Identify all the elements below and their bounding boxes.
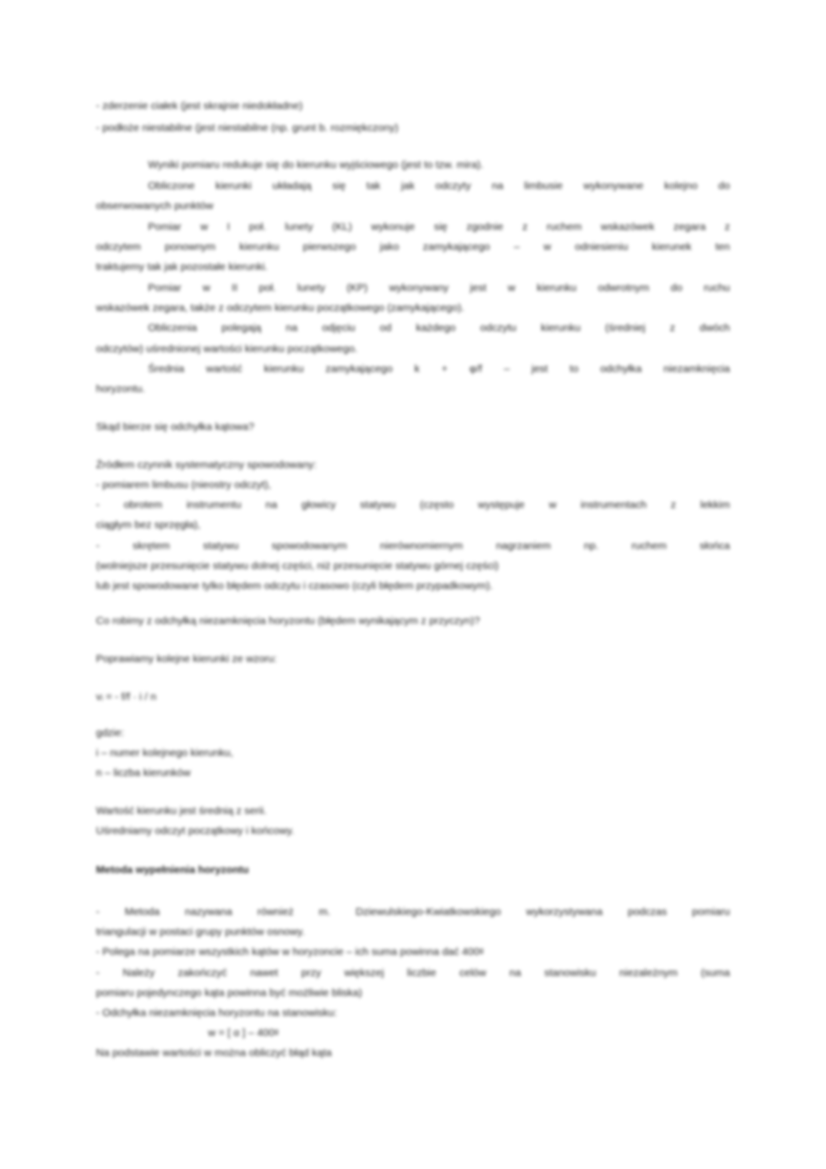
bullet-line: - Należy zakończyć nawet przy większej l… (96, 966, 730, 980)
section-heading: Metoda wypełnienia horyzontu (96, 863, 249, 877)
paragraph-line: triangulacji w postaci grupy punktów osn… (96, 925, 305, 939)
paragraph-line: gdzie: (96, 726, 124, 740)
paragraph-line: Poprawiamy kolejne kierunki ze wzoru: (96, 652, 277, 666)
formula: w = [ α ] – 400ᵍ (208, 1026, 278, 1040)
paragraph-line: Wyniki pomiaru redukuje się do kierunku … (148, 158, 483, 172)
bullet-line: - zderzenie ciałek (jest skrajnie niedok… (96, 99, 303, 113)
paragraph-line: Obliczone kierunki układają się tak jak … (148, 179, 730, 193)
question-heading: Skąd bierze się odchyłka kątowa? (96, 420, 254, 434)
bullet-line: - skrętem statywu spowodowanym nierównom… (96, 539, 730, 553)
paragraph-line: wskazówek zegara, także z odczytem kieru… (96, 301, 464, 315)
paragraph-line: Obliczenia polegają na odjęciu od każdeg… (148, 321, 730, 335)
paragraph-line: pomiaru pojedynczego kąta powinna być mo… (96, 986, 362, 1000)
paragraph-line: odczytów) uśrednionej wartości kierunku … (96, 342, 357, 356)
paragraph-line: Pomiar w I poł. lunety (KL) wykonuje się… (148, 220, 730, 234)
paragraph-line: (wolniejsze przesunięcie statywu dolnej … (96, 559, 499, 573)
bullet-line: - Odchyłka niezamknięcia horyzontu na st… (96, 1006, 337, 1020)
bullet-line: - pomiarem limbusu (nieostry odczyt), (96, 478, 271, 492)
paragraph-line: Uśredniamy odczyt początkowy i końcowy. (96, 824, 294, 838)
paragraph-line: Średnia wartość kierunku zamykającego k … (148, 362, 730, 376)
definition-line: i – numer kolejnego kierunku, (96, 746, 233, 760)
bullet-line: - obrotem instrumentu na głowicy statywu… (96, 498, 730, 512)
bullet-line: - podłoże niestabilne (jest niestabilne … (96, 121, 398, 135)
document-page: - zderzenie ciałek (jest skrajnie niedok… (0, 0, 826, 1169)
paragraph-line: Pomiar w II poł. lunety (KP) wykonywany … (148, 281, 730, 295)
question-heading: Co robimy z odchyłką niezamknięcia horyz… (96, 614, 480, 628)
formula: vᵢ = - f/f · i / n (96, 690, 156, 704)
paragraph-line: Źródłem czynnik systematyczny spowodowan… (96, 458, 317, 472)
paragraph-line: horyzontu. (96, 382, 145, 396)
bullet-line: - Metoda nazywana również m. Dziewulskie… (96, 905, 730, 919)
paragraph-line: traktujemy tak jak pozostałe kierunki. (96, 260, 268, 274)
paragraph-line: lub jest spowodowane tylko błędem odczyt… (96, 579, 493, 593)
paragraph-line: obserwowanych punktów (96, 199, 213, 213)
definition-line: n – liczba kierunków (96, 766, 191, 780)
paragraph-line: Wartość kierunku jest średnią z serii. (96, 804, 267, 818)
paragraph-line: ciągłym bez sprzęgła), (96, 518, 200, 532)
paragraph-line: Na podstawie wartości w można obliczyć b… (96, 1046, 332, 1060)
paragraph-line: odczytem ponownym kierunku pierwszego ja… (96, 240, 730, 254)
bullet-line: - Polega na pomiarze wszystkich kątów w … (96, 945, 483, 959)
